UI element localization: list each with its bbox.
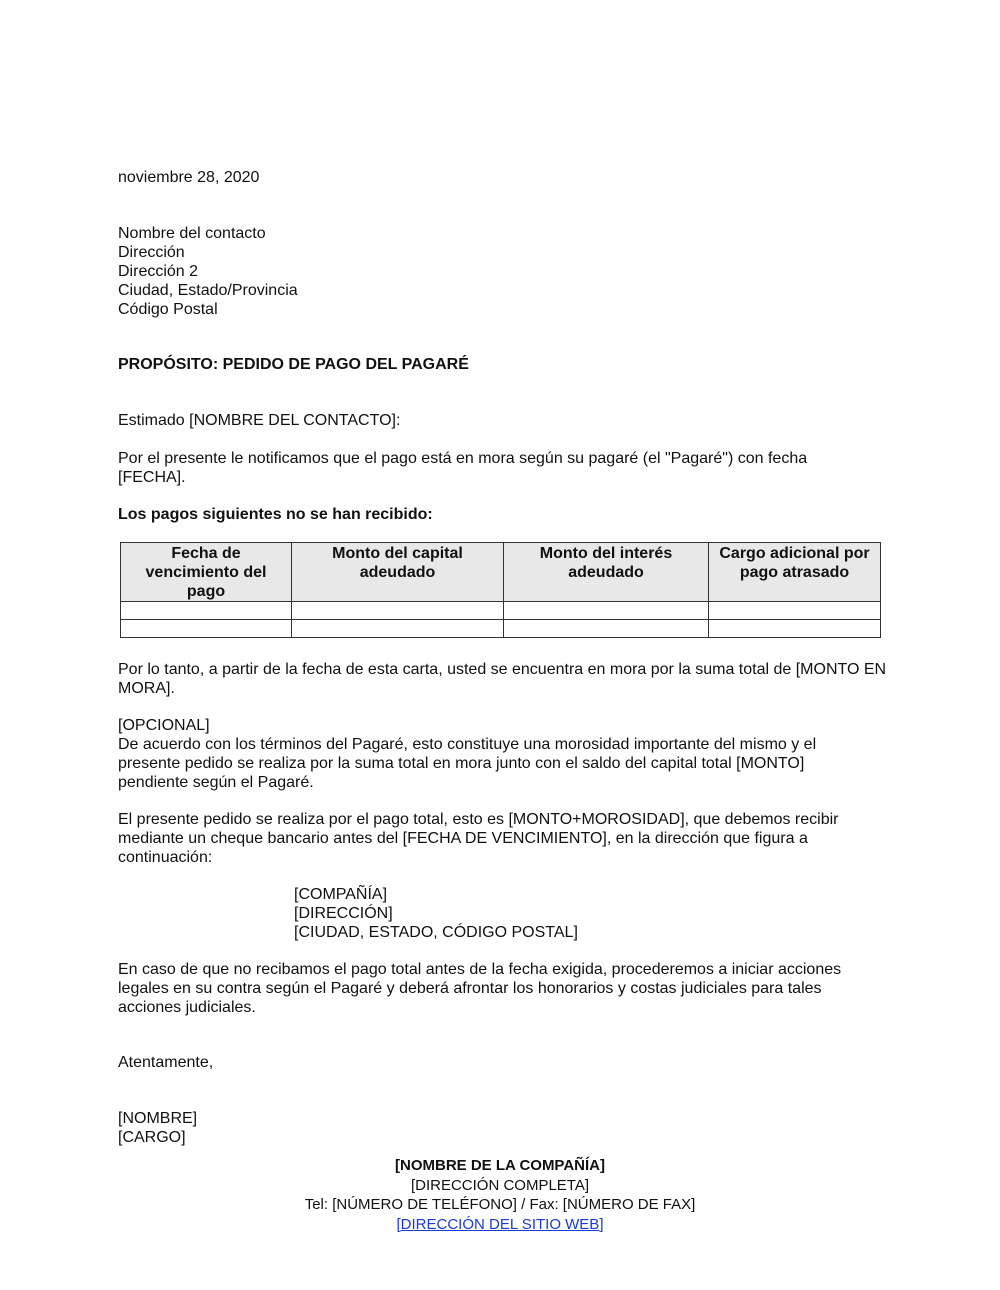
table-header-row: Fecha de vencimiento del pago Monto del … xyxy=(121,543,881,602)
footer-contact: Tel: [NÚMERO DE TELÉFONO] / Fax: [NÚMERO… xyxy=(0,1195,1000,1215)
cell-interest xyxy=(504,602,709,620)
header-principal-due: Monto del capital adeudado xyxy=(292,543,504,602)
company-footer: [NOMBRE DE LA COMPAÑÍA] [DIRECCIÓN COMPL… xyxy=(0,1156,1000,1234)
optional-label: [OPCIONAL] xyxy=(118,716,210,735)
salutation: Estimado [NOMBRE DEL CONTACTO]: xyxy=(118,411,400,430)
letter-subject: PROPÓSITO: PEDIDO DE PAGO DEL PAGARÉ xyxy=(118,355,469,374)
signer-title: [CARGO] xyxy=(118,1128,197,1147)
paragraph-legal-action: En caso de que no recibamos el pago tota… xyxy=(118,960,868,1017)
paragraph-notice: Por el presente le notificamos que el pa… xyxy=(118,449,838,487)
header-interest-due: Monto del interés adeudado xyxy=(504,543,709,602)
letter-page: noviembre 28, 2020 Nombre del contacto D… xyxy=(0,0,1000,1290)
table-intro: Los pagos siguientes no se han recibido: xyxy=(118,505,433,524)
recipient-city-state: Ciudad, Estado/Provincia xyxy=(118,281,298,300)
recipient-address-line1: Dirección xyxy=(118,243,298,262)
footer-website-link[interactable]: [DIRECCIÓN DEL SITIO WEB] xyxy=(397,1216,604,1233)
payee-company: [COMPAÑÍA] xyxy=(294,885,578,904)
payee-street: [DIRECCIÓN] xyxy=(294,904,578,923)
paragraph-payment-request: El presente pedido se realiza por el pag… xyxy=(118,810,868,867)
recipient-postal-code: Código Postal xyxy=(118,300,298,319)
unpaid-payments-table: Fecha de vencimiento del pago Monto del … xyxy=(120,542,881,638)
recipient-address: Nombre del contacto Dirección Dirección … xyxy=(118,224,298,319)
table-row xyxy=(121,620,881,638)
cell-interest xyxy=(504,620,709,638)
recipient-address-line2: Dirección 2 xyxy=(118,262,298,281)
header-late-fee: Cargo adicional por pago atrasado xyxy=(709,543,881,602)
signature-block: [NOMBRE] [CARGO] xyxy=(118,1109,197,1147)
paragraph-acceleration: De acuerdo con los términos del Pagaré, … xyxy=(118,735,848,792)
cell-due-date xyxy=(121,620,292,638)
closing: Atentamente, xyxy=(118,1053,213,1072)
header-due-date: Fecha de vencimiento del pago xyxy=(121,543,292,602)
footer-address: [DIRECCIÓN COMPLETA] xyxy=(0,1176,1000,1196)
paragraph-total-due: Por lo tanto, a partir de la fecha de es… xyxy=(118,660,888,698)
cell-late-fee xyxy=(709,602,881,620)
cell-late-fee xyxy=(709,620,881,638)
letter-date: noviembre 28, 2020 xyxy=(118,168,259,187)
cell-principal xyxy=(292,602,504,620)
recipient-name: Nombre del contacto xyxy=(118,224,298,243)
signer-name: [NOMBRE] xyxy=(118,1109,197,1128)
payee-city-state-zip: [CIUDAD, ESTADO, CÓDIGO POSTAL] xyxy=(294,923,578,942)
table-row xyxy=(121,602,881,620)
footer-company-name: [NOMBRE DE LA COMPAÑÍA] xyxy=(0,1156,1000,1176)
cell-due-date xyxy=(121,602,292,620)
cell-principal xyxy=(292,620,504,638)
payee-address: [COMPAÑÍA] [DIRECCIÓN] [CIUDAD, ESTADO, … xyxy=(294,885,578,942)
